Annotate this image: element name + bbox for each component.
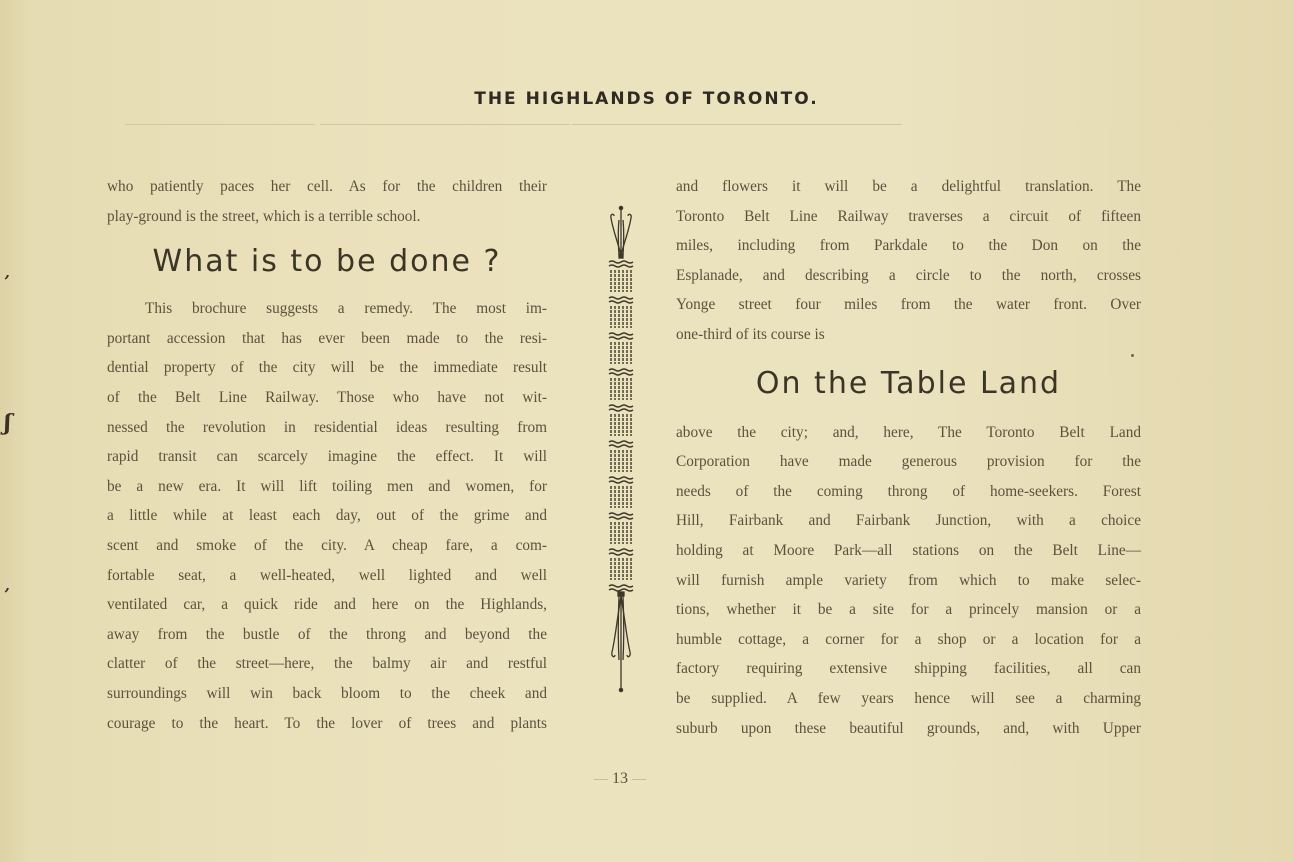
text-line: scent and smoke of the city. A cheap far…	[107, 531, 547, 561]
text-line: play-ground is the street, which is a te…	[107, 202, 547, 232]
print-speck	[1131, 354, 1134, 357]
text-line: a little while at least each day, out of…	[107, 501, 547, 531]
text-line: above the city; and, here, The Toronto B…	[676, 418, 1141, 448]
text-line: be supplied. A few years hence will see …	[676, 684, 1141, 714]
text-line: be a new era. It will lift toiling men a…	[107, 472, 547, 502]
text-line: tions, whether it be a site for a prince…	[676, 595, 1141, 625]
book-page: THE HIGHLANDS OF TORONTO. ʼ ʃ ʼ who pati…	[0, 0, 1293, 862]
text-line: of the Belt Line Railway. Those who have…	[107, 383, 547, 413]
text-line: holding at Moore Park—all stations on th…	[676, 536, 1141, 566]
text-line: humble cottage, a corner for a shop or a…	[676, 625, 1141, 655]
text-line: Corporation have made generous provision…	[676, 447, 1141, 477]
running-head: THE HIGHLANDS OF TORONTO.	[0, 89, 1293, 109]
text-line: surroundings will win back bloom to the …	[107, 679, 547, 709]
text-line: factory requiring extensive shipping fac…	[676, 654, 1141, 684]
text-line: nessed the revolution in residential ide…	[107, 413, 547, 443]
text-line: Yonge street four miles from the water f…	[676, 290, 1141, 320]
text-line: Hill, Fairbank and Fairbank Junction, wi…	[676, 506, 1141, 536]
text-line: and flowers it will be a delightful tran…	[676, 172, 1141, 202]
margin-mark: ʃ	[4, 410, 11, 436]
text-line: rapid transit can scarcely imagine the e…	[107, 442, 547, 472]
text-line: portant accession that has ever been mad…	[107, 324, 547, 354]
text-line: suburb upon these beautiful grounds, and…	[676, 714, 1141, 744]
text-line: fortable seat, a well-heated, well light…	[107, 561, 547, 591]
page-number: 13	[590, 770, 650, 788]
text-line: dential property of the city will be the…	[107, 353, 547, 383]
text-line: one-third of its course is	[676, 320, 1141, 350]
right-column: and flowers it will be a delightful tran…	[676, 172, 1141, 743]
text-line: This brochure suggests a remedy. The mos…	[107, 294, 547, 324]
text-line: clatter of the street—here, the balmy ai…	[107, 649, 547, 679]
left-column: who patiently paces her cell. As for the…	[107, 172, 547, 738]
margin-mark: ʼ	[4, 585, 10, 604]
page-number-value: 13	[612, 770, 628, 787]
text-line: away from the bustle of the throng and b…	[107, 620, 547, 650]
text-line: Esplanade, and describing a circle to th…	[676, 261, 1141, 291]
text-line: needs of the coming throng of home-seeke…	[676, 477, 1141, 507]
header-rule-center	[320, 124, 570, 125]
column-divider-ornament	[603, 200, 639, 700]
page-number-dash-left	[594, 779, 608, 780]
text-line: miles, including from Parkdale to the Do…	[676, 231, 1141, 261]
text-line: courage to the heart. To the lover of tr…	[107, 709, 547, 739]
section-heading-what-is-to-be-done: What is to be done ?	[107, 234, 547, 294]
text-line: who patiently paces her cell. As for the…	[107, 172, 547, 202]
page-number-dash-right	[632, 779, 646, 780]
text-line: Toronto Belt Line Railway traverses a ci…	[676, 202, 1141, 232]
margin-mark: ʼ	[4, 272, 10, 291]
header-rule-left	[125, 124, 315, 125]
text-line: will furnish ample variety from which to…	[676, 566, 1141, 596]
header-rule-right	[572, 124, 902, 125]
text-line: ventilated car, a quick ride and here on…	[107, 590, 547, 620]
section-heading-on-the-table-land: On the Table Land	[676, 356, 1141, 418]
